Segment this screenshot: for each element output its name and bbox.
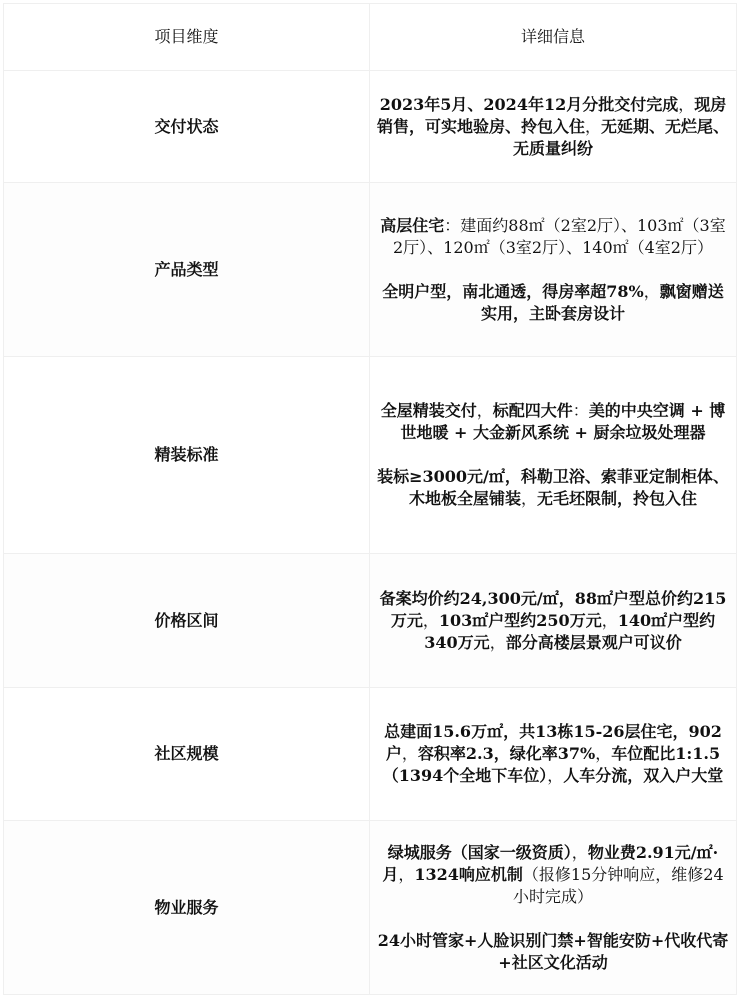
row-label: 价格区间 [4, 554, 370, 688]
header-details: 详细信息 [370, 4, 737, 71]
detail-paragraph: 总建面15.6万㎡，共13栋15-26层住宅，902户，容积率2.3，绿化率37… [376, 721, 730, 787]
detail-paragraph: 备案均价约24,300元/㎡，88㎡户型总价约215万元，103㎡户型约250万… [376, 588, 730, 654]
detail-text: ， [477, 401, 493, 420]
detail-paragraph: 绿城服务（国家一级资质），物业费2.91元/㎡·月，1324响应机制（报修15分… [376, 842, 730, 908]
row-label: 社区规模 [4, 688, 370, 821]
detail-paragraph: 全屋精装交付，标配四大件：美的中央空调 + 博世地暖 + 大金新风系统 + 厨余… [376, 400, 730, 444]
detail-text-bold: 1324响应机制 [414, 865, 523, 884]
detail-paragraph: 2023年5月、2024年12月分批交付完成，现房销售，可实地验房、拎包入住，无… [376, 94, 730, 160]
table-row: 物业服务绿城服务（国家一级资质），物业费2.91元/㎡·月，1324响应机制（报… [4, 821, 737, 995]
table-row: 交付状态2023年5月、2024年12月分批交付完成，现房销售，可实地验房、拎包… [4, 71, 737, 183]
detail-text: ， [547, 766, 563, 785]
detail-text: ， [490, 633, 506, 652]
row-label: 产品类型 [4, 183, 370, 357]
detail-paragraph: 装标≥3000元/㎡，科勒卫浴、索菲亚定制柜体、木地板全屋铺装，无毛坯限制，拎包… [376, 466, 730, 510]
detail-text: ， [521, 489, 537, 508]
detail-text-bold: 24小时管家+人脸识别门禁+智能安防+代收代寄+社区文化活动 [378, 931, 729, 972]
detail-text: ， [585, 117, 601, 136]
detail-text: ， [402, 744, 418, 763]
detail-text: ： [573, 401, 589, 420]
detail-text-bold: 103㎡户型约250万元 [439, 611, 602, 630]
detail-text-bold: 标配四大件 [493, 401, 573, 420]
detail-text-bold: 无毛坯限制，拎包入住 [537, 489, 697, 508]
detail-text: ， [678, 95, 694, 114]
detail-text-bold: 高层住宅 [380, 216, 444, 235]
detail-text-bold: 容积率2.3，绿化率37% [418, 744, 595, 763]
detail-text-bold: 全明户型，南北通透，得房率超78% [382, 282, 643, 301]
paragraph-spacer [376, 444, 730, 466]
row-detail: 绿城服务（国家一级资质），物业费2.91元/㎡·月，1324响应机制（报修15分… [370, 821, 737, 995]
paragraph-spacer [376, 259, 730, 281]
table-row: 社区规模总建面15.6万㎡，共13栋15-26层住宅，902户，容积率2.3，绿… [4, 688, 737, 821]
row-label: 交付状态 [4, 71, 370, 183]
row-label: 物业服务 [4, 821, 370, 995]
row-label: 精装标准 [4, 357, 370, 554]
detail-text: ， [572, 843, 588, 862]
header-dimension: 项目维度 [4, 4, 370, 71]
row-detail: 2023年5月、2024年12月分批交付完成，现房销售，可实地验房、拎包入住，无… [370, 71, 737, 183]
detail-paragraph: 高层住宅：建面约88㎡（2室2厅）、103㎡（3室2厅）、120㎡（3室2厅）、… [376, 215, 730, 259]
detail-text-bold: 绿城服务（国家一级资质） [388, 843, 572, 862]
detail-paragraph: 24小时管家+人脸识别门禁+智能安防+代收代寄+社区文化活动 [376, 930, 730, 974]
row-detail: 总建面15.6万㎡，共13栋15-26层住宅，902户，容积率2.3，绿化率37… [370, 688, 737, 821]
detail-text: ， [423, 611, 439, 630]
paragraph-spacer [376, 908, 730, 930]
table-header-row: 项目维度 详细信息 [4, 4, 737, 71]
row-detail: 备案均价约24,300元/㎡，88㎡户型总价约215万元，103㎡户型约250万… [370, 554, 737, 688]
table-row: 产品类型高层住宅：建面约88㎡（2室2厅）、103㎡（3室2厅）、120㎡（3室… [4, 183, 737, 357]
row-detail: 全屋精装交付，标配四大件：美的中央空调 + 博世地暖 + 大金新风系统 + 厨余… [370, 357, 737, 554]
table-row: 精装标准全屋精装交付，标配四大件：美的中央空调 + 博世地暖 + 大金新风系统 … [4, 357, 737, 554]
detail-text-bold: 部分高楼层景观户可议价 [506, 633, 682, 652]
detail-text: ， [595, 744, 611, 763]
detail-text: ， [602, 611, 618, 630]
detail-paragraph: 全明户型，南北通透，得房率超78%，飘窗赠送实用，主卧套房设计 [376, 281, 730, 325]
detail-text: ， [644, 282, 660, 301]
detail-text-bold: 全屋精装交付 [381, 401, 477, 420]
detail-text-bold: 人车分流，双入户大堂 [563, 766, 723, 785]
detail-text: （报修15分钟响应，维修24小时完成） [513, 865, 724, 906]
table-row: 价格区间备案均价约24,300元/㎡，88㎡户型总价约215万元，103㎡户型约… [4, 554, 737, 688]
detail-text-bold: 2023年5月、2024年12月分批交付完成 [380, 95, 678, 114]
detail-text: ， [398, 865, 414, 884]
project-info-table: 项目维度 详细信息 交付状态2023年5月、2024年12月分批交付完成，现房销… [3, 3, 737, 995]
row-detail: 高层住宅：建面约88㎡（2室2厅）、103㎡（3室2厅）、120㎡（3室2厅）、… [370, 183, 737, 357]
